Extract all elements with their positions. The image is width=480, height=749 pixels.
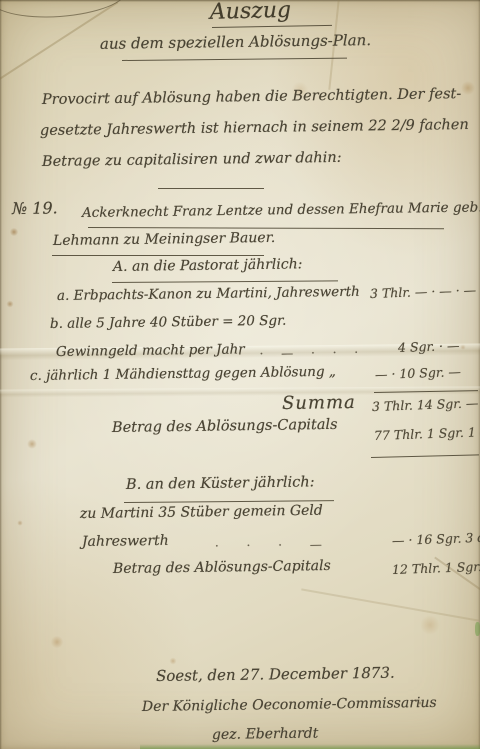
section-b-heading: B. an den Küster jährlich:: [126, 474, 315, 493]
ledger-row-label: a. Erbpachts-Kanon zu Martini, Jahreswer…: [57, 284, 360, 304]
ledger-row-label: b. alle 5 Jahre 40 Stüber = 20 Sgr.: [50, 313, 287, 332]
document-subtitle: aus dem speziellen Ablösungs-Plan.: [88, 31, 383, 53]
ledger-row-label: zu Martini 35 Stüber gemein Geld: [80, 503, 323, 522]
wrinkle-crease: [301, 588, 479, 621]
name-underline: [52, 255, 264, 256]
capital-label: Betrag des Ablösungs-Capitals: [112, 417, 338, 436]
total-rule: [371, 454, 479, 458]
section-separator-rule: [158, 188, 264, 189]
name-underline: [88, 227, 444, 229]
intro-line-1: Provocirt auf Ablösung haben die Berecht…: [42, 86, 461, 108]
dot-leaders: · · · —: [215, 537, 334, 553]
subtitle-underline: [122, 58, 347, 61]
ledger-row-amount: — · 10 Sgr. —: [375, 364, 461, 382]
ledger-row-label: Jahreswerth: [82, 533, 169, 550]
place-and-date: Soest, den 27. December 1873.: [156, 664, 395, 685]
document-title: Auszug: [168, 0, 334, 26]
manuscript-page: Auszug aus dem speziellen Ablösungs-Plan…: [0, 0, 480, 749]
section-a-heading: A. an die Pastorat jährlich:: [113, 256, 303, 275]
title-underline: [212, 25, 332, 28]
issuing-authority: Der Königliche Oeconomie-Commissarius: [142, 695, 437, 715]
cut-off-oval-stamp: [0, 0, 128, 22]
obligee-name-line-2: Lehmann zu Meiningser Bauer.: [53, 230, 275, 249]
green-edge-stain: [475, 622, 480, 636]
ledger-row-amount: 4 Sgr. · —: [398, 338, 460, 355]
section-a-heading-underline: [112, 280, 338, 283]
scan-edge-left: [0, 0, 2, 749]
intro-line-2: gesetzte Jahreswerth ist hiernach in sei…: [40, 117, 469, 139]
capital-label: Betrag des Ablösungs-Capitals: [113, 558, 331, 577]
intro-line-3: Betrage zu capitalisiren und zwar dahin:: [42, 150, 342, 170]
ledger-row-label: Gewinngeld macht per Jahr: [56, 341, 245, 360]
summa-amount: 3 Thlr. 14 Sgr. —: [372, 395, 479, 414]
capital-amount: 12 Thlr. 1 Sgr. 1 d.: [392, 558, 480, 577]
ledger-row-amount: — · 16 Sgr. 3 d.: [392, 530, 480, 548]
obligee-name-line-1: Ackerknecht Franz Lentze und dessen Ehef…: [82, 199, 480, 221]
summa-label: Summa: [282, 392, 356, 414]
case-number: № 19.: [12, 198, 58, 218]
signature: gez. Eberhardt: [212, 726, 319, 743]
ledger-row-label: c. jährlich 1 Mähdiensttag gegen Ablösun…: [30, 364, 336, 384]
ledger-row-amount: 3 Thlr. — · — · —: [370, 282, 477, 301]
dot-leaders: · · — · · ·: [238, 345, 365, 361]
capital-amount: 77 Thlr. 1 Sgr. 1 d.: [374, 424, 480, 443]
green-edge-stain: [140, 744, 480, 749]
